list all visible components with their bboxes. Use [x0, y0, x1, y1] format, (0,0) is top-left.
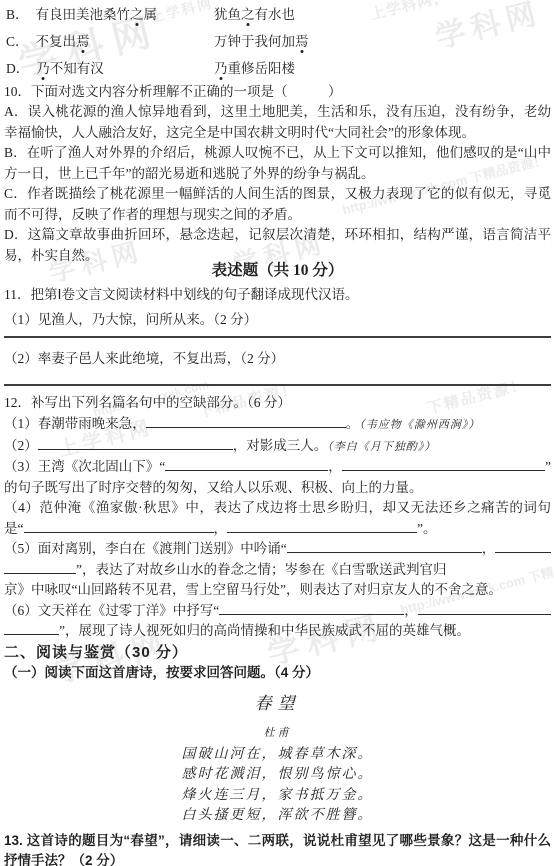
pair-right-text: 犹鱼之有水也	[214, 8, 295, 22]
blank-underline	[4, 621, 59, 635]
pair-right-text: 万钟于我何加焉	[214, 35, 309, 49]
poem-line: 感时花溅泪，恨别鸟惊心。	[4, 765, 551, 786]
q12-text: ”，展现了诗人视死如归的高尚情操和中华民族威武不屈的英雄气概。	[59, 623, 470, 638]
emphasized-char: 乃	[214, 62, 228, 76]
q12-text: ，	[404, 601, 418, 622]
q12-text: ，	[328, 457, 342, 478]
q12-line-11: ”，展现了诗人视死如归的高尚情操和中华民族威武不屈的英雄气概。	[4, 621, 551, 642]
blank-underline	[219, 601, 404, 615]
q12-text: （5）面对离别，李白在《渡荆门送别》中吟诵“	[4, 539, 287, 560]
blank-underline	[24, 519, 214, 533]
q12-line-5: （4）范仲淹《渔家傲·秋思》中，表达了戍边将士思乡盼归，却又无法还乡之痛苦的词句	[4, 498, 551, 519]
blank-underline	[165, 457, 328, 471]
q12-line-6: 是“，”。	[4, 519, 551, 540]
pair-text: 犹鱼	[214, 7, 241, 22]
q11-item-1: （1）见渔人，乃大惊，问所从来。（2 分）	[4, 313, 551, 327]
q12-text: ，	[214, 521, 228, 536]
emphasized-char: 乃	[36, 62, 50, 76]
answer-line	[4, 336, 551, 338]
q10-option-b: B．在听了渔人对外界的介绍后，桃源人叹惋不已，从上下文可以推知，他们感叹的是“山…	[4, 143, 551, 184]
q12-line-7: （5）面对离别，李白在《渡荆门送别》中吟诵“，	[4, 539, 551, 560]
option-letter: D．	[6, 61, 29, 76]
poem-line: 烽火连三月，家书抵万金。	[4, 786, 551, 807]
q10-options: A．误入桃花源的渔人惊异地看到，这里土地肥美，生活和乐，没有压迫，没有纷争，老幼…	[4, 102, 551, 266]
emphasized-char: 焉	[295, 35, 309, 49]
q10-stem: 10．下面对选文内容分析理解不正确的一项是（ ）	[4, 85, 551, 99]
q12-text: ”	[545, 457, 551, 478]
poem-source: （韦应物《滁州西涧》）	[359, 419, 480, 431]
option-pair-b: B．有良田美池桑竹之属 犹鱼之有水也	[4, 8, 551, 22]
pair-text: 万钟于我何加	[214, 34, 295, 49]
section2-title: 二、阅读与鉴赏（30 分）	[4, 644, 551, 661]
poem-author: 杜甫	[4, 727, 551, 739]
blank-underline	[342, 457, 545, 471]
q12-line-9: 京》中咏叹“山回路转不见君，雪上空留马行处”，则表达了对归京友人的不舍之意。	[4, 580, 551, 601]
q13-stem: 13. 这首诗的题目为“春望”，请细读一、二两联，说说杜甫望见了哪些景象？这是一…	[4, 831, 551, 866]
q10-option-d: D．这篇文章故事曲折回环，悬念迭起，记叙层次清楚，环环相扣，结构严谨，语言简洁平…	[4, 225, 551, 266]
q12-line-2: （2），对影成三人。（李白《月下独酌》）	[4, 436, 551, 458]
answer-line	[4, 384, 551, 386]
exam-document-page: 上学科网，下精品资源！ 学科网 上学科网 学科网 http://www.zxxk…	[0, 0, 554, 866]
poem-source: （李白《月下独酌》）	[327, 441, 436, 453]
poem-line: 白头搔更短，浑欲不胜簪。	[4, 806, 551, 827]
q12-stem: 12．补写出下列名篇名句中的空缺部分。（6 分）	[4, 396, 551, 410]
pair-text: 重修岳阳楼	[228, 61, 296, 76]
option-letter: C．	[6, 34, 29, 49]
pair-left-text: B．有良田美池桑竹之属	[6, 8, 157, 22]
pair-text: 有水也	[255, 7, 296, 22]
pair-text: 不复出	[36, 34, 77, 49]
q12-text: ”，表达了对故乡山水的眷念之情；岑参在《白雪歌送武判官归	[76, 562, 447, 577]
q12-text: ”。	[417, 521, 437, 536]
blank-underline	[38, 436, 233, 450]
q11-item-2: （2）率妻子邑人来此绝境，不复出焉，（2 分）	[4, 352, 551, 366]
pair-left-text: D．乃不知有汉	[6, 62, 104, 76]
q10-option-a: A．误入桃花源的渔人惊异地看到，这里土地肥美，生活和乐，没有压迫，没有纷争，老幼…	[4, 102, 551, 143]
blank-underline	[146, 414, 346, 428]
pair-text: 属	[144, 7, 158, 22]
poem-title: 春望	[4, 695, 551, 713]
q12-text: （3）王湾《次北固山下》“	[4, 457, 165, 478]
section2-subtitle: （一）阅读下面这首唐诗，按要求回答问题。（4 分）	[4, 665, 551, 680]
q12-line-10: （6）文天祥在《过零丁洋》中抒写“，	[4, 601, 551, 622]
q12-text: ，	[482, 539, 496, 560]
emphasized-char: 之	[241, 8, 255, 22]
q12-text: （2）	[4, 438, 38, 453]
q10-option-c: C．作者既描绘了桃花源里一幅鲜活的人间生活的图景，又极力表现了它的似有似无，寻觅…	[4, 184, 551, 225]
q12-text: （6）文天祥在《过零丁洋》中抒写“	[4, 601, 219, 622]
q12-block: 12．补写出下列名篇名句中的空缺部分。（6 分） （1）春潮带雨晚来急，。（韦应…	[4, 396, 551, 642]
blank-underline	[287, 539, 482, 553]
blank-underline	[418, 601, 551, 615]
pair-left-text: C．不复出焉	[6, 35, 90, 49]
q12-line-3: （3）王湾《次北固山下》“，”	[4, 457, 551, 478]
poem-block: 春望 杜甫 国破山河在，城春草木深。 感时花溅泪，恨别鸟惊心。 烽火连三月，家书…	[4, 695, 551, 827]
q12-line-1: （1）春潮带雨晚来急，。（韦应物《滁州西涧》）	[4, 414, 551, 436]
pair-text: 有良田美池桑竹	[36, 7, 131, 22]
emphasized-char: 焉	[76, 35, 90, 49]
pair-text: 不知有汉	[50, 61, 104, 76]
q12-text: 是“	[4, 521, 24, 536]
option-letter: B．	[6, 7, 29, 22]
blank-underline	[495, 539, 551, 553]
pair-right-text: 乃重修岳阳楼	[214, 62, 295, 76]
q11-stem: 11．把第Ⅰ卷文言文阅读材料中划线的句子翻译成现代汉语。	[4, 288, 551, 302]
blank-underline	[227, 519, 417, 533]
q12-text: （1）春潮带雨晚来急，	[4, 416, 146, 431]
option-pair-list: B．有良田美池桑竹之属 犹鱼之有水也 C．不复出焉 万钟于我何加焉 D．乃不知有…	[4, 8, 551, 76]
poem-line: 国破山河在，城春草木深。	[4, 745, 551, 766]
q12-text: ，对影成三人。	[233, 438, 328, 453]
q12-text: 。	[346, 416, 360, 431]
emphasized-char: 之	[130, 8, 144, 22]
option-pair-c: C．不复出焉 万钟于我何加焉	[4, 35, 551, 49]
q12-line-8: ”，表达了对故乡山水的眷念之情；岑参在《白雪歌送武判官归	[4, 560, 551, 581]
blank-underline	[4, 560, 76, 574]
option-pair-d: D．乃不知有汉 乃重修岳阳楼	[4, 62, 551, 76]
q12-line-4: 的句子既写出了时序交替的匆匆，又给人以乐观、积极、向上的力量。	[4, 478, 551, 499]
